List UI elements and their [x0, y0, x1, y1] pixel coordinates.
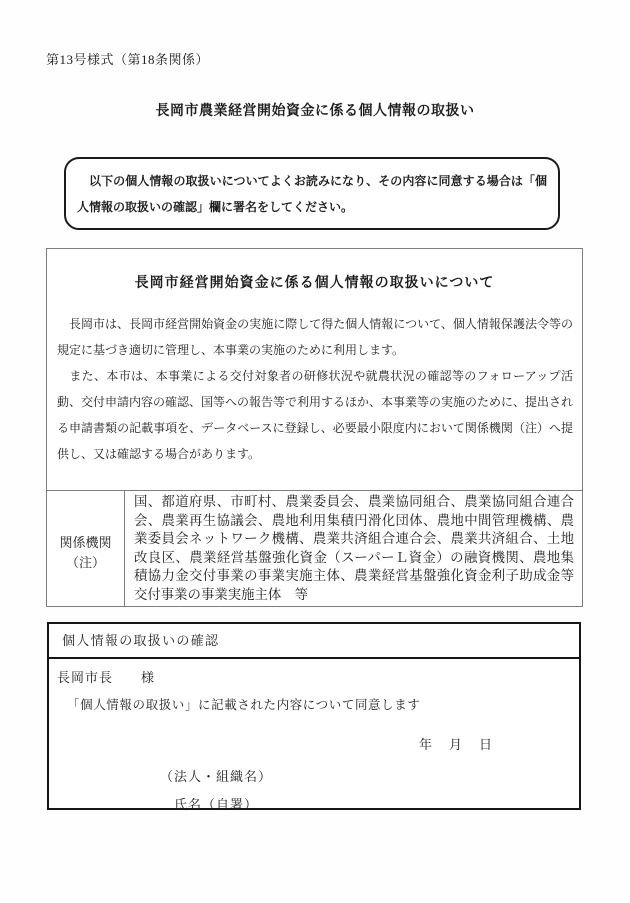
document-title: 長岡市農業経営開始資金に係る個人情報の取扱い	[0, 100, 630, 120]
notice-box: 以下の個人情報の取扱いについてよくお読みになり、その内容に同意する場合は「個人情…	[64, 157, 560, 230]
date-blank-line: 年 月 日	[419, 734, 579, 753]
related-organizations-row: 関係機関 （注） 国、都道府県、市町村、農業委員会、農業協同組合、農業協同組合連…	[47, 490, 582, 606]
confirmation-box: 個人情報の取扱いの確認 長岡市長 様 「個人情報の取扱い」に記載された内容につい…	[47, 622, 581, 810]
related-organizations-label-line1: 関係機関	[47, 533, 124, 553]
organization-name-label: （法人・組織名）	[160, 766, 579, 785]
related-organizations-label: 関係機関 （注）	[47, 491, 125, 606]
agreement-statement: 「個人情報の取扱い」に記載された内容について同意します	[67, 695, 579, 713]
addressee-line: 長岡市長 様	[57, 667, 579, 686]
policy-paragraphs: 長岡市は、長岡市経営開始資金の実施に際して得た個人情報について、個人情報保護法令…	[47, 311, 582, 467]
notice-text: 以下の個人情報の取扱いについてよくお読みになり、その内容に同意する場合は「個人情…	[66, 159, 558, 220]
policy-box: 長岡市経営開始資金に係る個人情報の取扱いについて 長岡市は、長岡市経営開始資金の…	[46, 248, 583, 607]
policy-paragraph-1: 長岡市は、長岡市経営開始資金の実施に際して得た個人情報について、個人情報保護法令…	[57, 311, 573, 363]
policy-paragraph-2: また、本市は、本事業による交付対象者の研修状況や就農状況の確認等のフォローアップ…	[57, 363, 573, 467]
policy-heading: 長岡市経営開始資金に係る個人情報の取扱いについて	[47, 272, 582, 292]
related-organizations-text: 国、都道府県、市町村、農業委員会、農業協同組合、農業協同組合連合会、農業再生協議…	[125, 491, 582, 606]
document-page: 第13号様式（第18条関係） 長岡市農業経営開始資金に係る個人情報の取扱い 以下…	[0, 0, 630, 903]
confirmation-header: 個人情報の取扱いの確認	[49, 624, 579, 659]
form-number: 第13号様式（第18条関係）	[46, 49, 209, 68]
related-organizations-label-line2: （注）	[47, 553, 124, 573]
signature-name-label: 氏名（自署）	[174, 794, 579, 813]
